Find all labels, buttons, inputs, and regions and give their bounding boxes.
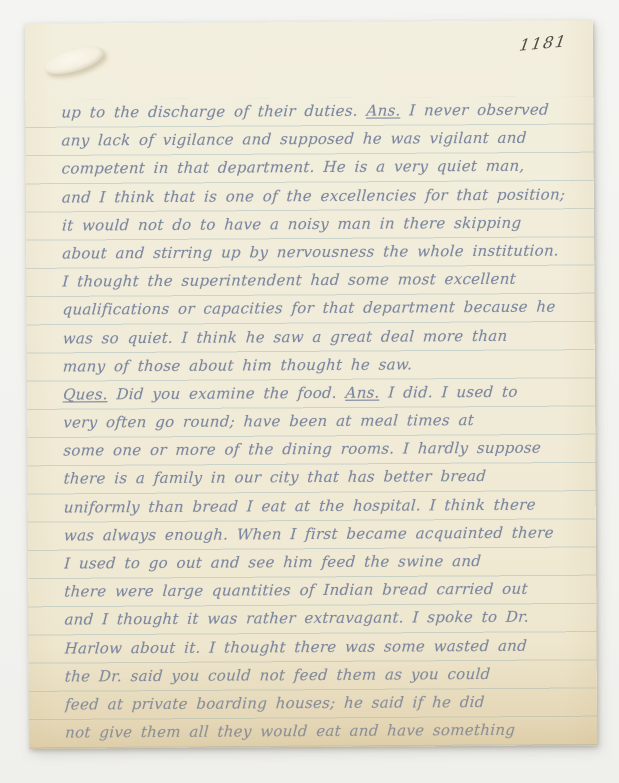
manuscript-line: the Dr. said you could not feed them as … bbox=[64, 660, 590, 691]
manuscript-line: I used to go out and see him feed the sw… bbox=[63, 547, 589, 578]
manuscript-line: uniformly than bread I eat at the hospit… bbox=[63, 491, 589, 522]
manuscript-line: about and stirring up by nervousness the… bbox=[61, 237, 587, 268]
manuscript-line: any lack of vigilance and supposed he wa… bbox=[61, 125, 587, 156]
manuscript-line: was so quiet. I think he saw a great dea… bbox=[62, 322, 588, 353]
manuscript-line: competent in that department. He is a ve… bbox=[61, 153, 587, 184]
manuscript-line: qualifications or capacities for that de… bbox=[62, 294, 588, 325]
manuscript-page: 1181 up to the discharge of their duties… bbox=[25, 20, 597, 748]
scanned-document: 1181 up to the discharge of their duties… bbox=[0, 0, 619, 783]
manuscript-line: I thought the superintendent had some mo… bbox=[61, 265, 587, 296]
handwritten-text-block: up to the discharge of their duties. Ans… bbox=[61, 96, 589, 748]
manuscript-line: very often go round; have been at meal t… bbox=[62, 406, 588, 437]
manuscript-line: not give them all they would eat and hav… bbox=[64, 716, 590, 747]
manuscript-line: many of those about him thought he saw. bbox=[62, 350, 588, 381]
manuscript-line: and I think that is one of the excellenc… bbox=[61, 181, 587, 212]
manuscript-line: up to the discharge of their duties. Ans… bbox=[60, 96, 586, 127]
manuscript-line: and I thought it was rather extravagant.… bbox=[64, 604, 590, 635]
manuscript-line: there is a family in our city that has b… bbox=[63, 463, 589, 494]
manuscript-line: Ques. Did you examine the food. Ans. I d… bbox=[62, 378, 588, 409]
manuscript-line: it would not do to have a noisy man in t… bbox=[61, 209, 587, 240]
manuscript-line: Harlow about it. I thought there was som… bbox=[64, 632, 590, 663]
paper-tear-mark bbox=[41, 41, 107, 80]
manuscript-line: feed at private boarding houses; he said… bbox=[64, 688, 590, 719]
manuscript-line: some one or more of the dining rooms. I … bbox=[63, 435, 589, 466]
manuscript-line: there were large quantities of Indian br… bbox=[63, 575, 589, 606]
page-number: 1181 bbox=[518, 31, 568, 54]
manuscript-line: was always enough. When I first became a… bbox=[63, 519, 589, 550]
